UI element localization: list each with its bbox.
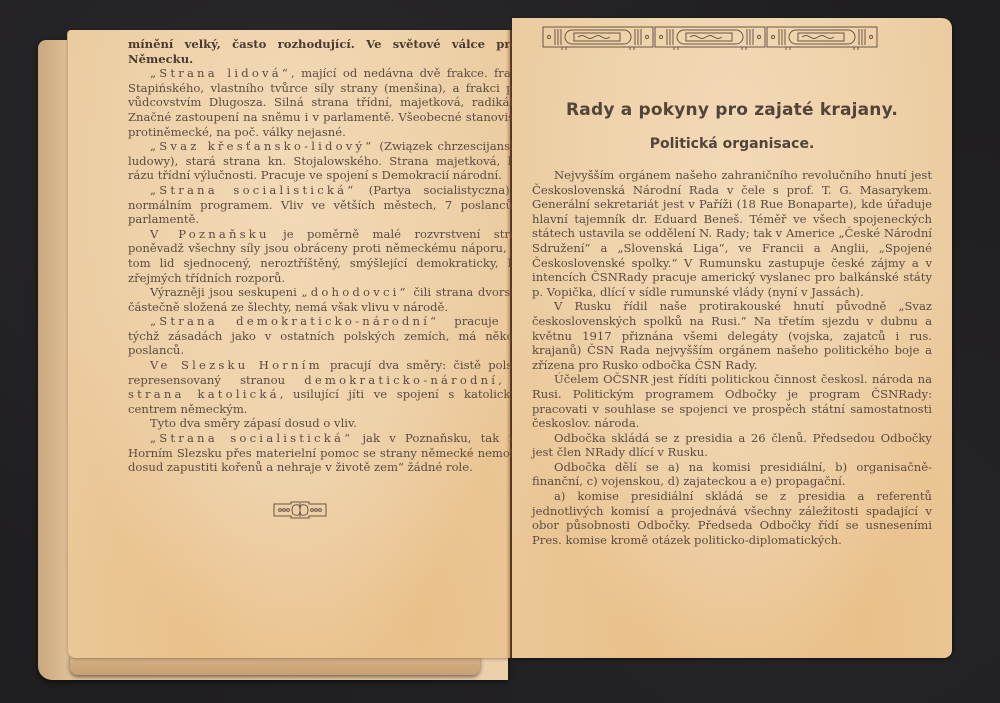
- emphasized-term: „Strana socialistická“: [150, 183, 356, 197]
- text-run: Tyto dva směry zápasí dosud o vliv.: [150, 416, 357, 430]
- header-border-ornament-icon: [542, 24, 880, 54]
- page-title: Rady a pokyny pro zajaté krajany.: [512, 100, 952, 120]
- paragraph: „Strana demokraticko-národní“ pracuje na…: [128, 314, 528, 358]
- text-run: Výrazněji jsou seskupeni: [150, 285, 302, 299]
- paragraph: „Strana lidová“, mající od nedávna dvě f…: [128, 66, 528, 139]
- emphasized-term: „Strana lidová“: [150, 66, 291, 80]
- text-run: V Rusku řídil naše protirakouské hnutí p…: [532, 299, 932, 371]
- section-heading: Politická organisace.: [512, 136, 952, 152]
- paragraph: Nejvyšším orgánem našeho zahraničního re…: [532, 168, 932, 299]
- left-page: mínění velký, často rozhodující. Ve svět…: [68, 30, 510, 658]
- emphasized-term: „dohodovci“: [302, 285, 409, 299]
- text-run: mínění velký, často rozhodující. Ve svět…: [128, 37, 528, 66]
- ink-stain: [466, 450, 474, 458]
- right-page-text: Nejvyšším orgánem našeho zahraničního re…: [532, 168, 932, 547]
- paragraph: Odbočka skládá se z presidia a 26 členů.…: [532, 431, 932, 460]
- paragraph: Výrazněji jsou seskupeni „dohodovci“ čil…: [128, 285, 528, 314]
- paragraph: Odbočka dělí se a) na komisi presidiální…: [532, 460, 932, 489]
- text-run: a) komise presidiální skládá se z presid…: [532, 489, 932, 547]
- chain-link-ornament-icon: [271, 500, 329, 520]
- text-run: Nejvyšším orgánem našeho zahraničního re…: [532, 168, 932, 299]
- paragraph: Účelem OČSNR jest řídíti politickou činn…: [532, 372, 932, 430]
- paragraph: mínění velký, často rozhodující. Ve svět…: [128, 37, 528, 66]
- paragraph: „Svaz křesťansko-lidový“ (Związek chrzes…: [128, 139, 528, 183]
- paragraph: Ve Slezsku Horním pracují dva směry: čis…: [128, 358, 528, 416]
- right-page: Rady a pokyny pro zajaté krajany. Politi…: [512, 18, 952, 658]
- emphasized-term: Ve Slezsku Horním: [150, 358, 323, 372]
- emphasized-term: strana katolická: [128, 387, 280, 401]
- paragraph: V Poznaňsku je poměrně malé rozvrstvení …: [128, 227, 528, 285]
- emphasized-term: „Svaz křesťansko-lidový“: [150, 139, 374, 153]
- paragraph: a) komise presidiální skládá se z presid…: [532, 489, 932, 547]
- emphasized-term: V Poznaňsku: [150, 227, 270, 241]
- emphasized-term: „Strana socialistická“: [150, 431, 353, 445]
- left-page-text: mínění velký, často rozhodující. Ve svět…: [128, 37, 528, 475]
- paragraph: „Strana socialistická“ (Partya socialist…: [128, 183, 528, 227]
- text-run: Odbočka skládá se z presidia a 26 členů.…: [532, 431, 932, 460]
- text-run: Účelem OČSNR jest řídíti politickou činn…: [532, 372, 932, 430]
- emphasized-term: demokraticko-národní: [304, 373, 498, 387]
- paragraph: Tyto dva směry zápasí dosud o vliv.: [128, 416, 528, 431]
- paragraph: V Rusku řídil naše protirakouské hnutí p…: [532, 299, 932, 372]
- page-stack-bottom-edge: [70, 655, 480, 675]
- text-run: Odbočka dělí se a) na komisi presidiální…: [532, 460, 932, 489]
- emphasized-term: „Strana demokraticko-národní“: [150, 314, 439, 328]
